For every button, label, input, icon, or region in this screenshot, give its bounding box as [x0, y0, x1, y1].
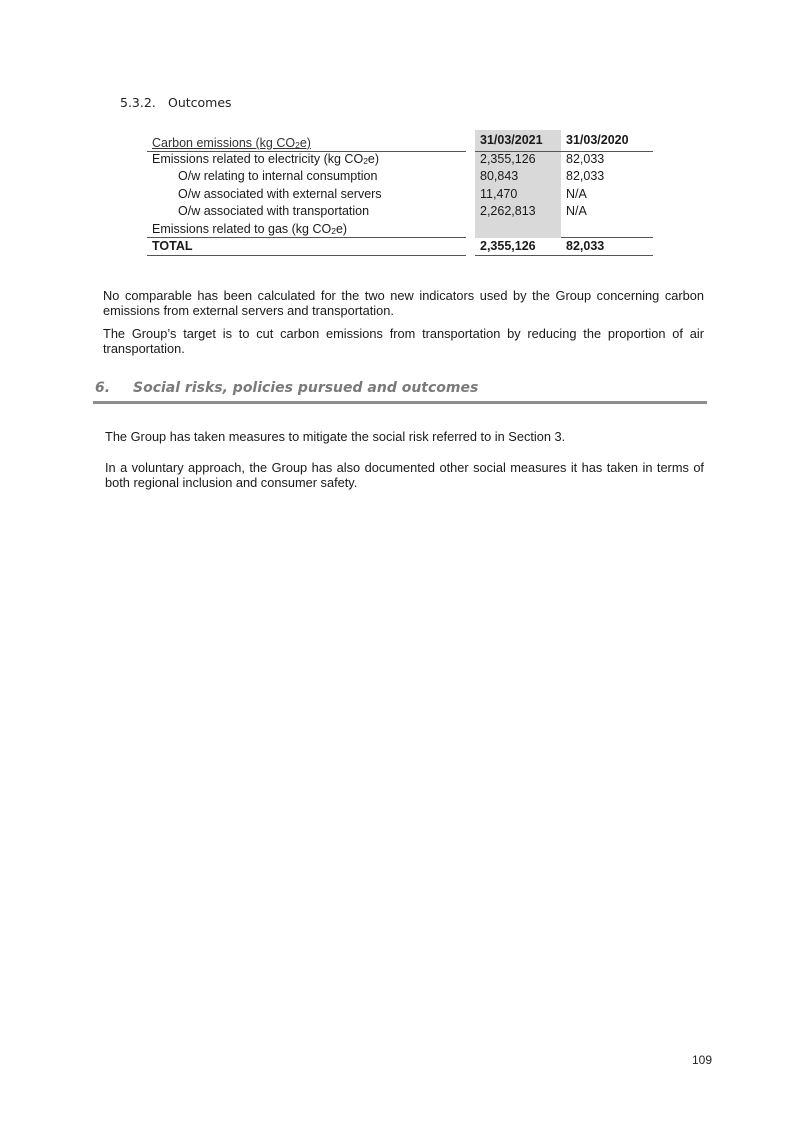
table-total-label: TOTAL — [147, 238, 466, 255]
header-rule-label — [147, 151, 466, 152]
section-heading: 6.Social risks, policies pursued and out… — [95, 380, 706, 396]
table-row-label: Emissions related to gas (kg CO2e) — [147, 221, 466, 238]
table-row-label: Emissions related to electricity (kg CO2… — [147, 151, 466, 168]
table-cell-2021: 2,262,813 — [475, 203, 561, 220]
subsection-title: 5.3.2.Outcomes — [120, 95, 232, 110]
table-total-2021-wrap: 2,355,126 — [475, 238, 561, 255]
section-number: 6. — [95, 380, 133, 396]
subsection-number: 5.3.2. — [120, 95, 168, 110]
paragraph-social-measures: The Group has taken measures to mitigate… — [105, 429, 704, 444]
table-cell-2020: 82,033 — [561, 168, 653, 185]
section-title: Social risks, policies pursued and outco… — [133, 380, 478, 396]
table-cell-2020: N/A — [561, 186, 653, 203]
table-cell-2020: N/A — [561, 203, 653, 220]
section-divider — [93, 401, 707, 404]
table-row-label: O/w associated with transportation — [147, 203, 466, 220]
total-top-rule-values — [561, 237, 653, 238]
table-total-2020: 82,033 — [561, 238, 653, 255]
table-cell-2021: 11,470 — [475, 186, 561, 203]
table-header-label: Carbon emissions (kg CO2e) — [147, 130, 466, 151]
subsection-label: Outcomes — [168, 95, 232, 110]
table-cell-2021 — [475, 221, 561, 238]
table-cell-2020 — [561, 221, 653, 238]
table-row-label: O/w associated with external servers — [147, 186, 466, 203]
total-top-rule-label — [147, 237, 466, 238]
table-cell-2021: 2,355,126 — [475, 151, 561, 168]
total-bottom-rule-values — [475, 255, 653, 256]
table-cell-2021: 80,843 — [475, 168, 561, 185]
table-total-2021: 2,355,126 — [475, 238, 561, 255]
paragraph-no-comparable: No comparable has been calculated for th… — [103, 288, 704, 318]
header-rule-values — [475, 151, 653, 152]
table-column-2021: 31/03/2021 2,355,12680,84311,4702,262,81… — [475, 130, 561, 238]
paragraph-target: The Group’s target is to cut carbon emis… — [103, 326, 704, 356]
table-header-2020: 31/03/2020 — [561, 130, 653, 151]
table-row-label: O/w relating to internal consumption — [147, 168, 466, 185]
table-header-2021: 31/03/2021 — [475, 130, 561, 151]
table-cell-2020: 82,033 — [561, 151, 653, 168]
total-bottom-rule-label — [147, 255, 466, 256]
paragraph-voluntary-approach: In a voluntary approach, the Group has a… — [105, 460, 704, 490]
page-number: 109 — [692, 1053, 712, 1067]
